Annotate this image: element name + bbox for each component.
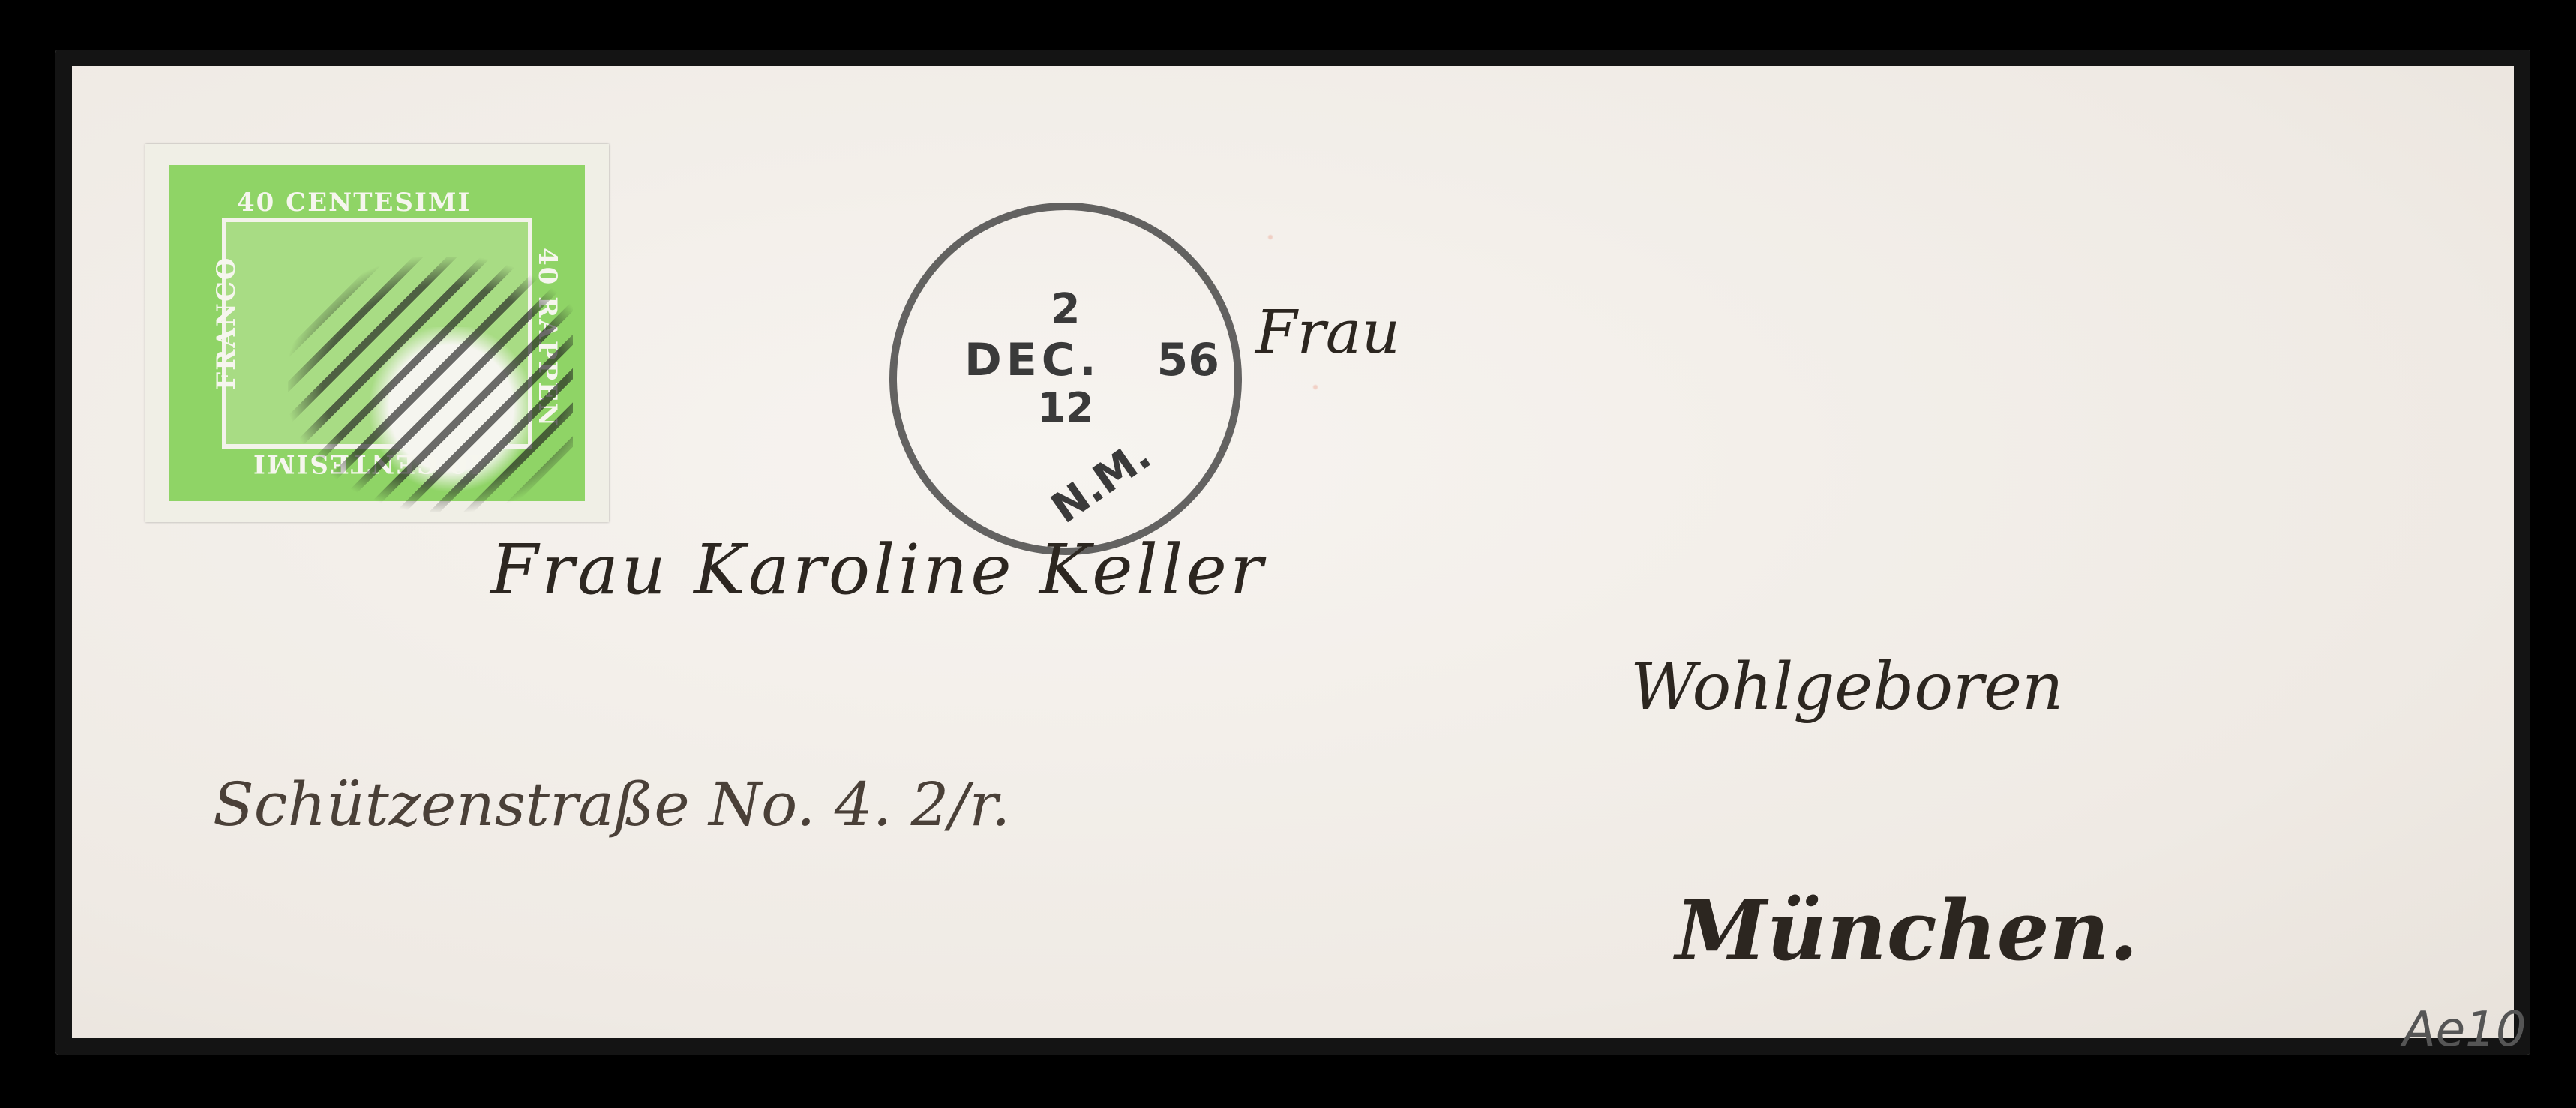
circular-postmark: 2 DEC. 56 12 N.M. — [889, 203, 1242, 555]
address-honorific: Wohlgeboren — [1630, 650, 2063, 725]
address-city: München. — [1675, 882, 2138, 979]
postmark-day: 2 — [897, 285, 1234, 334]
postmark-year: 56 — [1157, 334, 1220, 386]
postage-stamp: 40 CENTESIMI 40 CENTESIMI FRANCO 40 RAPP… — [145, 144, 609, 522]
grid-cancellation-icon — [288, 257, 573, 512]
postmark-month: DEC. — [964, 334, 1101, 386]
address-street: Schützenstraße No. 4. 2/r. — [213, 770, 1010, 839]
pencil-notation: Ae10 — [2403, 1002, 2527, 1058]
postmark-hour: 12 — [897, 384, 1234, 431]
stamp-left-text: FRANCO — [211, 270, 241, 390]
envelope: 40 CENTESIMI 40 CENTESIMI FRANCO 40 RAPP… — [55, 50, 2530, 1055]
address-name: Frau Karoline Keller — [490, 530, 1266, 610]
stamp-top-text: 40 CENTESIMI — [237, 188, 471, 218]
postmark-ampm: N.M. — [1042, 431, 1159, 533]
address-salutation: Frau — [1255, 297, 1400, 367]
